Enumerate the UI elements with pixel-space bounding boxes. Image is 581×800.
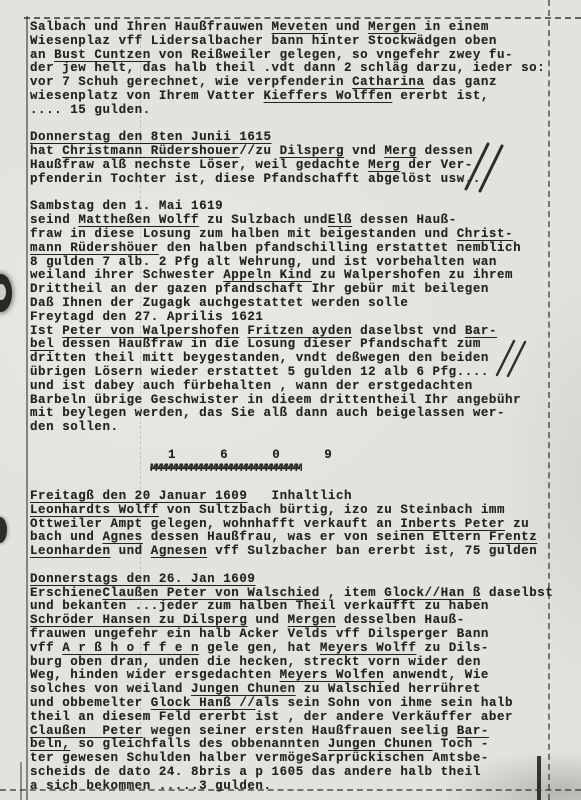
typed-text: //zu [239,144,279,158]
document-line: Wiesenplaz vff Lidersalbacher bann hinte… [30,35,575,49]
document-line: vor 7 Schuh gerechnet, wie verpfenderin … [30,76,575,90]
typed-text: und bekanten ...jeder zum halben Theil v… [30,599,489,613]
underlined-name: bel [30,337,54,351]
document-line: .... 15 gulden. [30,104,575,118]
underlined-name: Inberts Peter [400,517,505,531]
underlined-name: Claußen Peter [30,724,143,738]
document-line: Weg, hinden wider ersgedachten Meyers Wo… [30,669,575,683]
typed-text: Barbeln übrige Geschwister in dieem drit… [30,393,521,407]
binder-hole-mark [0,274,12,312]
typed-text: vff Sulzbacher ban ererbt ist, 75 gulden [207,544,537,558]
typed-text: dessen Hauß- [352,213,457,227]
underlined-name: Meyers Wolff [320,641,417,655]
underlined-name: Catharina [352,75,424,89]
document-line [30,559,575,573]
typed-text: Ottweiler Ampt gelegen, wohnhafft verkau… [30,517,400,531]
document-line: mann Rüdershöuer den halben pfandschilli… [30,242,575,256]
document-line: Schröder Hansen zu Dilsperg und Mergen d… [30,614,575,628]
underlined-name: Elß [328,213,352,227]
underlined-name: Meyers Wolfen [280,668,385,682]
scanned-document-page: Salbach und Ihren Haußfrauwen Meveten un… [0,0,581,800]
document-line: 8 gulden 7 alb. 2 Pfg alt Wehrung, und i… [30,256,575,270]
typed-text: scheids de dato 24. 8bris a p 1605 das a… [30,765,481,779]
underlined-name: Bar- [457,724,489,738]
typed-text: ter gewesen Schulden halber vermögeSarpr… [30,751,489,765]
typed-text: 8 gulden 7 alb. 2 Pfg alt Wehrung, und i… [30,255,497,269]
typed-text: Haußfraw alß nechste Löser, weil gedacht… [30,158,368,172]
underlined-name: Mergen [368,20,416,34]
typed-text: und ist dabey auch fürbehalten , wann de… [30,379,473,393]
typed-text: den sollen. [30,420,119,434]
document-line: theil an diesem Feld ererbt ist , der an… [30,711,575,725]
underlined-name: Glock Hanß // [151,696,256,710]
document-line: weiland ihrer Schwester Appeln Kind zu W… [30,269,575,283]
underlined-name: Leonharden [30,544,111,558]
underlined-name: Leonhardts Wolff [30,503,159,517]
typed-text: Daß Ihnen der Zugagk auchgestattet werde… [30,296,408,310]
typed-text: und obbemelter [30,696,151,710]
typed-text: bach und [30,530,102,544]
document-line: und bekanten ...jeder zum halben Theil v… [30,600,575,614]
document-line: und ist dabey auch fürbehalten , wann de… [30,380,575,394]
document-line: Daß Ihnen der Zugagk auchgestattet werde… [30,297,575,311]
typed-text: von Sultzbach bürtig, izo zu Steinbach i… [159,503,505,517]
document-line [30,476,575,490]
typed-text: und [247,613,287,627]
typed-text: weiland ihrer Schwester [30,268,223,282]
typed-text: zu Walpershofen zu ihrem [312,268,513,282]
underlined-name: Agnesen [151,544,207,558]
underlined-name: Bust Cuntzen [54,48,151,62]
typed-text: von Reißweiler gelegen, so vngefehr zwey… [151,48,513,62]
typed-text: theil an diesem Feld ererbt ist , der an… [30,710,513,724]
typed-text: solches von weiland [30,682,191,696]
typed-text: daselbst vnd [352,324,465,338]
document-line: a sich bekommen .....3 gulden. [30,780,575,794]
underlined-name: Mattheßen Wolff [78,213,199,227]
document-line: fraw in diese Losung zum halben mit beig… [30,228,575,242]
underlined-name: Glock//Han ß [384,586,481,600]
document-text-body: Salbach und Ihren Haußfrauwen Meveten un… [30,21,575,794]
document-line: und obbemelter Glock Hanß //als sein Soh… [30,697,575,711]
document-line: ErschieneClaußen Peter von Walschied , i… [30,587,575,601]
typed-text: fraw in diese Losung zum halben mit beig… [30,227,457,241]
document-line: vff A r ß h o f f e n gele gen, hat Meye… [30,642,575,656]
underlined-name: Bar- [465,324,497,338]
typed-text: dessen Haußfraw in die Losung dieser Pfa… [54,337,481,351]
underlined-name: Fritzen ayden [247,324,352,338]
typed-text: dritten theil mitt beygestanden, vndt de… [30,351,489,365]
underlined-name: Meveten [272,20,328,34]
ruled-border-top [24,17,581,19]
typed-text: 1 6 0 9 [168,448,332,462]
typed-text: .... 15 gulden. [30,103,151,117]
underlined-name: Jungen Chunen [191,682,296,696]
typed-text: Ist [30,324,62,338]
document-line: Barbeln übrige Geschwister in dieem drit… [30,394,575,408]
ruled-border-bottom-left-tick [20,762,22,800]
ruled-border-left [26,16,28,800]
document-line: den sollen. [30,421,575,435]
typed-text: daselbst [481,586,553,600]
typed-text: hat [30,144,62,158]
underlined-name: Donnerstag den 8ten Junii 1615 [30,130,272,144]
typed-text: in einem [416,20,488,34]
document-line: beln, so gleichfalls des obbenannten Jun… [30,738,575,752]
typed-text: Wiesenplaz vff Lidersalbacher bann hinte… [30,34,497,48]
document-line: der jew helt, das halb theil .vdt dann 2… [30,62,575,76]
document-line: wiesenplatz von Ihrem Vatter Kieffers Wo… [30,90,575,104]
document-line: Drittheil an der gazen pfandschaft Ihr g… [30,283,575,297]
document-line: Ist Peter von Walpershofen Fritzen ayden… [30,325,575,339]
document-line: mit beylegen werden, das Sie alß dann au… [30,407,575,421]
underlined-name: Mergen [288,613,336,627]
underlined-name: Frentz [489,530,537,544]
typed-text: übrigen Lösern wieder erstattet 5 gulden… [30,365,489,379]
typed-text: anwendt, Wie [384,668,489,682]
document-line: Salbach und Ihren Haußfrauwen Meveten un… [30,21,575,35]
pen-double-slash-mark [456,141,504,193]
typed-text: MMMMMMMMMMMMMMMMMMMMMMMMMMMMMM [150,462,300,474]
underlined-name: Donnerstags den 26. Jan 1609 [30,572,255,586]
underlined-name: beln, [30,737,70,751]
underlined-name: Schröder Hansen zu Dilsperg [30,613,247,627]
typed-text: wegen seiner ersten Haußfrauen seelig [143,724,457,738]
typed-text: und [111,544,151,558]
document-line: solches von weiland Jungen Chunen zu Wal… [30,683,575,697]
underlined-name: A r ß h o f f e n [62,641,199,655]
typed-text: vff [30,641,62,655]
document-line: 1 6 0 9 [30,449,575,463]
underlined-name: Kieffers Wolffen [264,89,393,103]
document-line: MMMMMMMMMMMMMMMMMMMMMMMMMMMMMM [30,463,575,475]
typed-text: wiesenplatz von Ihrem Vatter [30,89,264,103]
typed-text: Inhaltlich [247,489,352,503]
document-line: an Bust Cuntzen von Reißweiler gelegen, … [30,49,575,63]
underlined-name: Merg [384,144,416,158]
typed-text: als sein Sohn von ihme sein halb [255,696,513,710]
typed-text: zu Sulzbach und [199,213,328,227]
underlined-name: mann Rüdershöuer [30,241,159,255]
document-line: Donnerstags den 26. Jan 1609 [30,573,575,587]
underlined-name: Claußen Peter von Walschied [102,586,319,600]
typed-text: Freytagd den 27. Aprilis 1621 [30,310,264,324]
typed-text: an [30,48,54,62]
document-line: Ottweiler Ampt gelegen, wohnhafft verkau… [30,518,575,532]
document-line: seind Mattheßen Wolff zu Sulzbach undElß… [30,214,575,228]
document-line: Sambstag den 1. Mai 1619 [30,200,575,214]
typed-text: Weg, hinden wider ersgedachten [30,668,280,682]
binder-hole-mark [0,517,7,543]
typed-text: Drittheil an der gazen pfandschaft Ihr g… [30,282,489,296]
typed-text: seind [30,213,78,227]
typed-text: Erschiene [30,586,102,600]
typed-text: Toch - [433,737,489,751]
typed-text: vor 7 Schuh gerechnet, wie verpfenderin [30,75,352,89]
typed-text: Salbach und Ihren Haußfrauwen [30,20,272,34]
document-line: bach und Agnes dessen Haußfrau, was er v… [30,531,575,545]
document-line [30,118,575,132]
typed-text: burg oben dran, unden die hecken, streck… [30,655,481,669]
typed-text: mit beylegen werden, das Sie alß dann au… [30,406,505,420]
document-line: Claußen Peter wegen seiner ersten Haußfr… [30,725,575,739]
document-line: scheids de dato 24. 8bris a p 1605 das a… [30,766,575,780]
document-line: burg oben dran, unden die hecken, streck… [30,656,575,670]
typed-text: zu Walschied herrühret [296,682,481,696]
document-line: Leonharden und Agnesen vff Sulzbacher ba… [30,545,575,559]
typed-text: dessen Haußfrau, was er von seinen Elter… [143,530,489,544]
pen-double-slash-mark [490,338,528,378]
typed-text: zu [505,517,529,531]
typed-text: und [328,20,368,34]
document-line: Leonhardts Wolff von Sultzbach bürtig, i… [30,504,575,518]
underlined-name: Jungen Chunen [328,737,433,751]
typed-text: pfenderin Tochter ist, diese Pfandschaff… [30,172,489,186]
underlined-name: Peter von Walpershofen [62,324,239,338]
typed-text: ererbt ist, [392,89,489,103]
typed-text: Sambstag den 1. Mai 1619 [30,199,223,213]
underlined-name: Merg [368,158,400,172]
document-line: ter gewesen Schulden halber vermögeSarpr… [30,752,575,766]
typed-text: den halben pfandschilling erstattet nemb… [159,241,521,255]
document-line [30,435,575,449]
underlined-name: Christmann Rüdershouer [62,144,239,158]
typed-text: so gleichfalls des obbenannten [70,737,328,751]
document-line: Freytagd den 27. Aprilis 1621 [30,311,575,325]
typed-text: der jew helt, das halb theil .vdt dann 2… [30,61,545,75]
typed-text: vnd [344,144,384,158]
underlined-name: Christ- [457,227,513,241]
typed-text: desselben Hauß- [336,613,465,627]
typed-text: gele gen, hat [199,641,320,655]
underlined-name: Freitagß den 20 Januar 1609 [30,489,247,503]
underlined-name: Dilsperg [280,144,344,158]
document-line: frauwen ungefehr ein halb Acker Velds vf… [30,628,575,642]
typed-text: , item [320,586,384,600]
typed-text: zu Dils- [417,641,489,655]
typed-text: frauwen ungefehr ein halb Acker Velds vf… [30,627,489,641]
typed-text: a sich bekommen .....3 gulden. [30,779,272,793]
underlined-name: Agnes [102,530,142,544]
document-line: Freitagß den 20 Januar 1609 Inhaltlich [30,490,575,504]
typed-text: das ganz [425,75,497,89]
underlined-name: Appeln Kind [223,268,312,282]
